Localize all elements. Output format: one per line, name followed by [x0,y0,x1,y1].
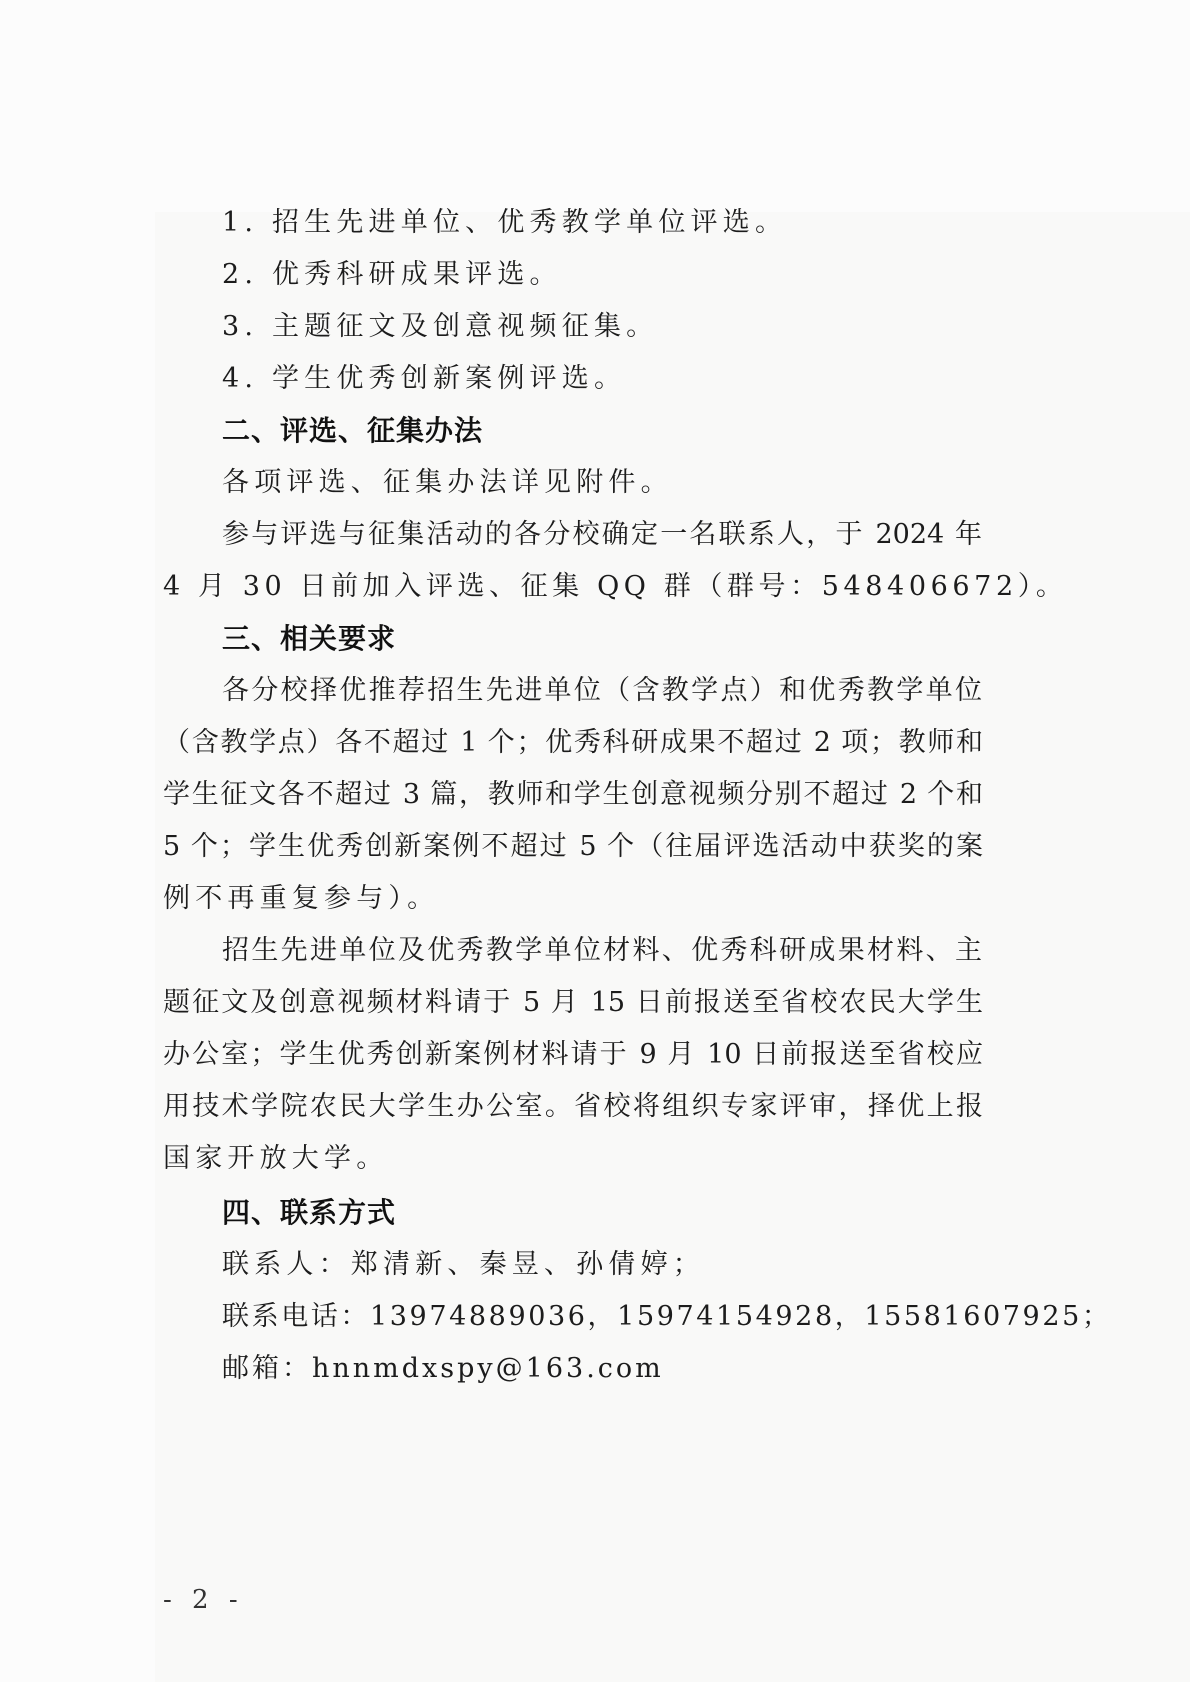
section3-paragraph-2-line-2: 题征文及创意视频材料请于 5 月 15 日前报送至省校农民大学生 [163,986,983,1020]
list-item-4: 4. 学生优秀创新案例评选。 [222,362,626,396]
section3-paragraph-2-line-4: 用技术学院农民大学生办公室。省校将组织专家评审，择优上报 [163,1090,983,1124]
list-item-1: 1. 招生先进单位、优秀教学单位评选。 [222,206,787,240]
list-item-2: 2. 优秀科研成果评选。 [222,258,562,292]
section3-paragraph-1-line-4: 5 个；学生优秀创新案例不超过 5 个（往届评选活动中获奖的案 [163,830,983,864]
section3-paragraph-2-line-5: 国家开放大学。 [163,1142,388,1176]
section-heading-2: 二、评选、征集办法 [222,414,483,448]
section2-paragraph-2-line-1: 参与评选与征集活动的各分校确定一名联系人，于 2024 年 [222,518,982,552]
list-item-3: 3. 主题征文及创意视频征集。 [222,310,658,344]
section3-paragraph-1-line-2: （含教学点）各不超过 1 个；优秀科研成果不超过 2 项；教师和 [163,726,983,760]
section2-paragraph-2-line-2: 4 月 30 日前加入评选、征集 QQ 群（群号：548406672）。 [163,570,1067,604]
contact-email: 邮箱：hnnmdxspy@163.com [222,1352,664,1386]
section3-paragraph-2-line-3: 办公室；学生优秀创新案例材料请于 9 月 10 日前报送至省校应 [163,1038,983,1072]
page-number: - 2 - [163,1585,244,1615]
section3-paragraph-1-line-3: 学生征文各不超过 3 篇，教师和学生创意视频分别不超过 2 个和 [163,778,983,812]
section-heading-4: 四、联系方式 [222,1196,396,1230]
contact-phones: 联系电话：13974889036，15974154928，15581607925… [222,1300,1111,1334]
section3-paragraph-2-line-1: 招生先进单位及优秀教学单位材料、优秀科研成果材料、主 [222,934,982,968]
contact-persons: 联系人：郑清新、秦昱、孙倩婷； [222,1248,705,1282]
document-page: 1. 招生先进单位、优秀教学单位评选。 2. 优秀科研成果评选。 3. 主题征文… [0,0,1190,1682]
section2-paragraph-1: 各项评选、征集办法详见附件。 [222,466,673,500]
section3-paragraph-1-line-1: 各分校择优推荐招生先进单位（含教学点）和优秀教学单位 [222,674,982,708]
section-heading-3: 三、相关要求 [222,622,396,656]
section3-paragraph-1-line-5: 例不再重复参与）。 [163,882,439,916]
